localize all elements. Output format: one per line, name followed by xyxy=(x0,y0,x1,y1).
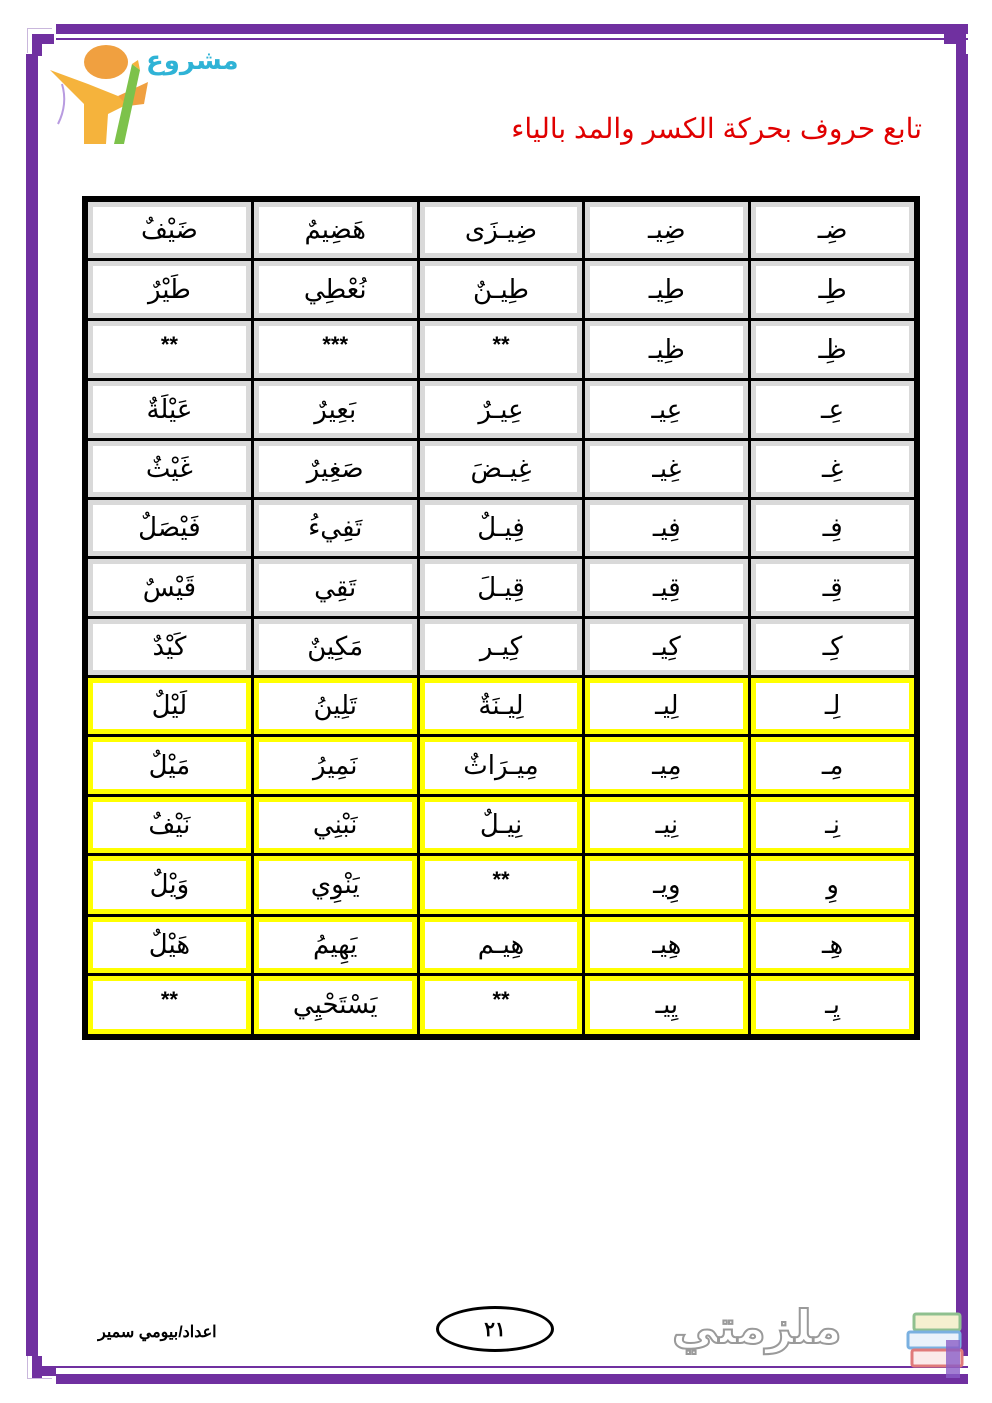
table-cell: يَهِيمُ xyxy=(254,917,417,973)
page-number: ٢١ xyxy=(484,1317,505,1342)
table-row: هِـ هِيـ هِيـم يَهِيمُ هَيْلٌ xyxy=(88,917,914,973)
table-cell: عِـ xyxy=(751,381,914,437)
table-row: لِـ لِيـ لِيـنَةٌ تَلِينُ لَيْلٌ xyxy=(88,678,914,734)
table-cell: قِيـ xyxy=(585,559,748,615)
table-cell: ظِيـ xyxy=(585,321,748,379)
table-cell: فَيْصَلٌ xyxy=(88,500,251,556)
table-cell: مِيـ xyxy=(585,737,748,793)
table-cell-empty-marker: ** xyxy=(88,976,251,1034)
table-row: طِـ طِيـ طِيـنٌ نُعْطِي طَيْرٌ xyxy=(88,261,914,317)
table-cell: عِيـ xyxy=(585,381,748,437)
table-cell-empty-marker: *** xyxy=(254,321,417,379)
table-row: عِـ عِيـ عِيـرٌ بَعِيرٌ عَيْلَةٌ xyxy=(88,381,914,437)
table-cell: نِيـلٌ xyxy=(420,797,583,853)
table-row: وِ وِيـ ** يَنْوِي وَيْلٌ xyxy=(88,856,914,914)
table-cell: عَيْلَةٌ xyxy=(88,381,251,437)
table-row: ضِـ ضِيـ ضِيـزَى هَضِيمٌ ضَيْفٌ xyxy=(88,202,914,258)
table-cell-empty-marker: ** xyxy=(88,321,251,379)
table-cell: غِيـضَ xyxy=(420,441,583,497)
table-cell: تَلِينُ xyxy=(254,678,417,734)
table-cell: غِيـ xyxy=(585,441,748,497)
table-cell: تَفِيءُ xyxy=(254,500,417,556)
table-cell: غَيْثٌ xyxy=(88,441,251,497)
table-cell: يِيـ xyxy=(585,976,748,1034)
table-cell: نَمِيرُ xyxy=(254,737,417,793)
letters-table: ضِـ ضِيـ ضِيـزَى هَضِيمٌ ضَيْفٌ طِـ طِيـ… xyxy=(82,196,920,1040)
table-cell: وَيْلٌ xyxy=(88,856,251,914)
frame-top-border xyxy=(56,24,968,34)
table-cell: قِـ xyxy=(751,559,914,615)
table-cell: قِيـلَ xyxy=(420,559,583,615)
author-credit: اعداد/بيومي سمير xyxy=(98,1322,217,1342)
child-pencil-logo-icon xyxy=(48,44,158,144)
table-cell: ضَيْفٌ xyxy=(88,202,251,258)
table-cell: كِـ xyxy=(751,619,914,675)
page-title: تابع حروف بحركة الكسر والمد بالياء xyxy=(511,112,922,145)
table-cell: كِيـر xyxy=(420,619,583,675)
page-number-badge: ٢١ xyxy=(436,1306,554,1352)
frame-top-border-thin xyxy=(56,38,968,40)
table-cell: يَسْتَحْيِي xyxy=(254,976,417,1034)
table-cell: نِيـ xyxy=(585,797,748,853)
table-cell: كَيْدٌ xyxy=(88,619,251,675)
table-cell: لِـ xyxy=(751,678,914,734)
table-row: قِـ قِيـ قِيـلَ تَقِي قَيْسٌ xyxy=(88,559,914,615)
table-cell: نَبْنِي xyxy=(254,797,417,853)
table-cell: ضِيـزَى xyxy=(420,202,583,258)
letters-table-body: ضِـ ضِيـ ضِيـزَى هَضِيمٌ ضَيْفٌ طِـ طِيـ… xyxy=(88,202,914,1034)
table-cell: يِـ xyxy=(751,976,914,1034)
table-cell: فِيـ xyxy=(585,500,748,556)
table-row: نِـ نِيـ نِيـلٌ نَبْنِي نَيْفٌ xyxy=(88,797,914,853)
table-cell: طِيـ xyxy=(585,261,748,317)
table-cell: ظِـ xyxy=(751,321,914,379)
table-cell: تَقِي xyxy=(254,559,417,615)
table-cell: عِيـرٌ xyxy=(420,381,583,437)
table-cell: مِيـرَاثٌ xyxy=(420,737,583,793)
table-cell: لَيْلٌ xyxy=(88,678,251,734)
table-cell-empty-marker: ** xyxy=(420,976,583,1034)
table-row: ظِـ ظِيـ ** *** ** xyxy=(88,321,914,379)
table-cell: صَغِيرٌ xyxy=(254,441,417,497)
table-cell: يَنْوِي xyxy=(254,856,417,914)
table-cell: فِيـلٌ xyxy=(420,500,583,556)
watermark-text: ملزمتي xyxy=(672,1300,842,1354)
frame-bottom-border xyxy=(56,1374,968,1384)
frame-right-border xyxy=(956,54,968,1356)
table-cell: طِـ xyxy=(751,261,914,317)
table-cell: غِـ xyxy=(751,441,914,497)
table-cell: بَعِيرٌ xyxy=(254,381,417,437)
stacked-books-icon xyxy=(906,1310,968,1382)
logo-text: مشروع xyxy=(146,46,239,76)
table-cell: مَيْلٌ xyxy=(88,737,251,793)
table-cell: وِيـ xyxy=(585,856,748,914)
table-cell: نَيْفٌ xyxy=(88,797,251,853)
table-row: يِـ يِيـ ** يَسْتَحْيِي ** xyxy=(88,976,914,1034)
table-cell: ضِيـ xyxy=(585,202,748,258)
table-cell: هَيْلٌ xyxy=(88,917,251,973)
table-cell: هِيـ xyxy=(585,917,748,973)
table-cell: هَضِيمٌ xyxy=(254,202,417,258)
table-cell: قَيْسٌ xyxy=(88,559,251,615)
table-cell: طِيـنٌ xyxy=(420,261,583,317)
table-cell: كِيـ xyxy=(585,619,748,675)
frame-corner-tr-v xyxy=(956,34,966,56)
table-cell-empty-marker: ** xyxy=(420,856,583,914)
frame-left-border xyxy=(26,54,38,1356)
table-cell: وِ xyxy=(751,856,914,914)
table-cell-empty-marker: ** xyxy=(420,321,583,379)
frame-bottom-border-thin xyxy=(56,1366,968,1368)
table-cell: فِـ xyxy=(751,500,914,556)
table-row: فِـ فِيـ فِيـلٌ تَفِيءُ فَيْصَلٌ xyxy=(88,500,914,556)
table-cell: مَكِينٌ xyxy=(254,619,417,675)
table-row: غِـ غِيـ غِيـضَ صَغِيرٌ غَيْثٌ xyxy=(88,441,914,497)
frame-corner-line-bl xyxy=(27,1356,52,1379)
table-cell: طَيْرٌ xyxy=(88,261,251,317)
table-row: كِـ كِيـ كِيـر مَكِينٌ كَيْدٌ xyxy=(88,619,914,675)
table-row: مِـ مِيـ مِيـرَاثٌ نَمِيرُ مَيْلٌ xyxy=(88,737,914,793)
table-cell: نِـ xyxy=(751,797,914,853)
table-cell: مِـ xyxy=(751,737,914,793)
table-cell: لِيـنَةٌ xyxy=(420,678,583,734)
table-cell: نُعْطِي xyxy=(254,261,417,317)
table-cell: هِـ xyxy=(751,917,914,973)
table-cell: هِيـم xyxy=(420,917,583,973)
table-cell: ضِـ xyxy=(751,202,914,258)
table-cell: لِيـ xyxy=(585,678,748,734)
